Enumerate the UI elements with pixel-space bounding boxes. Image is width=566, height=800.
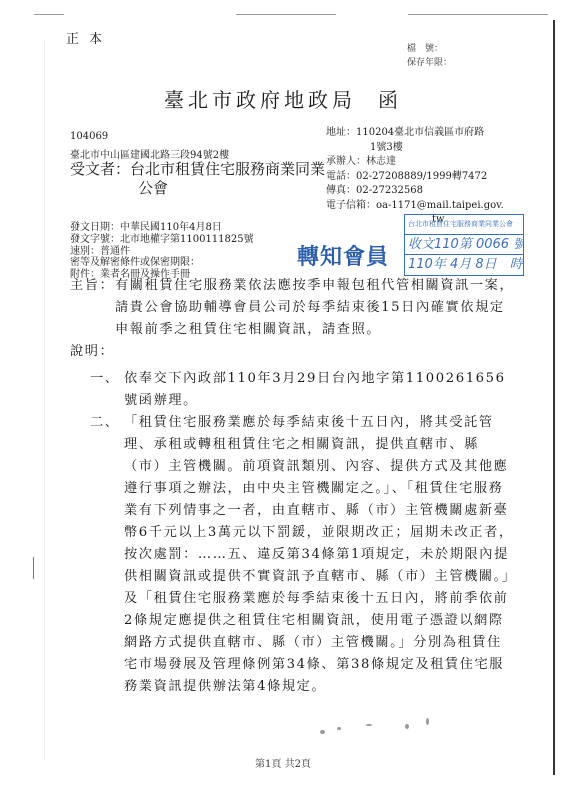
scan-artifact — [426, 718, 429, 725]
recipient-name-cont: 公會 — [70, 179, 370, 198]
page-number: 第1頁 共2頁 — [0, 755, 566, 770]
recipient-address: 臺北市中山區建國北路三段94號2樓 — [70, 146, 229, 161]
archive-block: 檔 號： 保存年限： — [407, 42, 452, 70]
scan-artifact — [320, 730, 325, 734]
copy-label: 正本 — [66, 28, 112, 47]
description-item-2: 「租賃住宅服務業應於每季結束後十五日內，將其受託管理、承租或轉租租賃住宅之相關資… — [124, 412, 514, 698]
page-right-border — [553, 20, 555, 775]
contact-phone: 電話：02-27208889/1999轉7472 — [326, 170, 504, 185]
security-level: 密等及解密條件或保密期限： — [70, 257, 254, 269]
recipient-label: 受文者： — [70, 160, 130, 178]
reference-number: 發文字號：北市地權字第1100111825號 — [70, 234, 254, 246]
issue-date: 發文日期：中華民國110年4月8日 — [70, 222, 254, 234]
file-number-label: 檔 號： — [407, 42, 452, 56]
contact-block: 地址：110204臺北市信義區市府路 1號3樓 承辦人：林志達 電話：02-27… — [326, 126, 504, 228]
recipient-name: 台北市租賃住宅服務商業同業 — [130, 160, 325, 178]
receipt-stamp-org: 台北市租賃住宅服務商業同業公會 — [405, 215, 523, 235]
scan-artifact — [337, 727, 341, 730]
contact-email: 電子信箱：oa-1171@mail.taipei.gov. — [326, 199, 504, 214]
subject-text: 有關租賃住宅服務業依法應按季申報包租代管相關資訊一案，請貴公會協助輔導會員公司於… — [115, 275, 515, 341]
binding-mark — [33, 557, 34, 579]
doc-type: 函 — [378, 88, 402, 112]
contact-fax: 傳真：02-27232568 — [326, 184, 504, 199]
top-rule-center — [236, 14, 336, 15]
description-label: 說明： — [70, 341, 114, 363]
top-rule-left — [34, 14, 64, 15]
contact-handler: 承辦人：林志達 — [326, 155, 504, 170]
receipt-stamp-number: 收文110第 0066 號 — [405, 235, 523, 255]
agency-name: 臺北市政府地政局 — [164, 88, 356, 112]
scan-artifact — [366, 724, 372, 726]
document-meta: 發文日期：中華民國110年4月8日 發文字號：北市地權字第1100111825號… — [70, 222, 254, 281]
contact-address: 地址：110204臺北市信義區市府路 — [326, 126, 504, 141]
receipt-stamp: 台北市租賃住宅服務商業同業公會 收文110第 0066 號 110年 4月 8日… — [404, 214, 524, 276]
subject-label: 主旨： — [70, 275, 114, 297]
receipt-stamp-date: 110年 4月 8日 時 — [405, 255, 523, 274]
top-rule-right — [408, 14, 548, 15]
scan-edge-line — [44, 40, 45, 760]
forward-to-members-stamp: 轉知會員 — [297, 240, 389, 271]
description-item-1: 依奉交下內政部110年3月29日台內地字第1100261656號函辦理。 — [124, 368, 514, 412]
scan-artifact — [405, 724, 409, 729]
item-number-1: 一、 — [90, 368, 120, 390]
item-number-2: 二、 — [90, 412, 120, 434]
document-title: 臺北市政府地政局函 — [0, 84, 566, 113]
sender-zip: 104069 — [70, 131, 108, 142]
retention-label: 保存年限： — [407, 56, 452, 70]
delivery-speed: 速別：普通件 — [70, 246, 254, 258]
contact-address-cont: 1號3樓 — [326, 141, 504, 156]
recipient: 受文者：台北市租賃住宅服務商業同業 公會 — [70, 160, 370, 198]
